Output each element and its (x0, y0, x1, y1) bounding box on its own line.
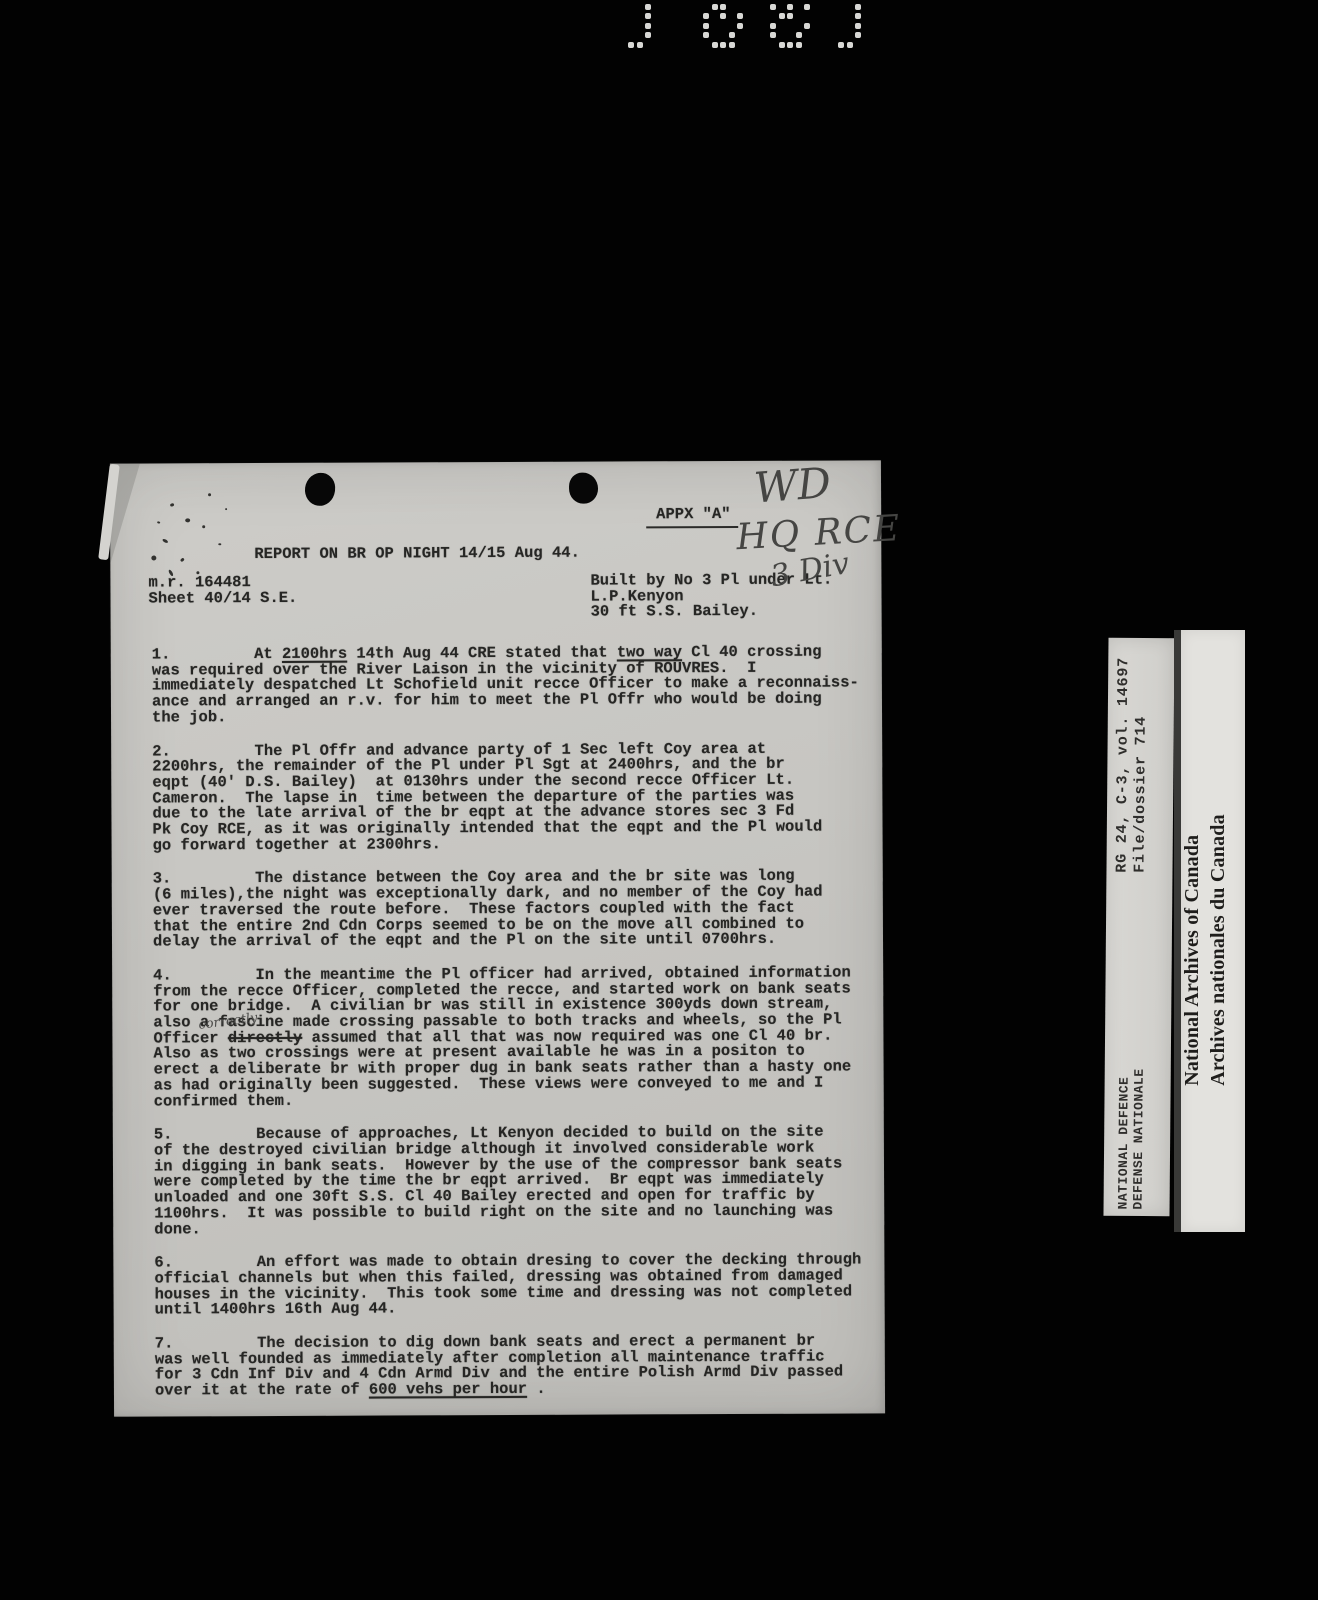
map-reference: m.r. 164481Sheet 40/14 S.E. (148, 575, 297, 607)
handwritten-wd: WD (752, 458, 832, 513)
report-paragraph: 6. An effort was made to obtain dresing … (154, 1253, 882, 1319)
report-document: APPX "A" REPORT ON BR OP NIGHT 14/15 Aug… (110, 460, 885, 1416)
film-counter-digit (770, 4, 816, 52)
film-counter-digit (703, 4, 749, 52)
report-paragraph: 5. Because of approaches, Lt Kenyon deci… (154, 1125, 882, 1238)
archive-reference-strip: RG 24, C-3, vol. 14697File/dossier 714 N… (1103, 638, 1174, 1217)
report-body: 1. At 2100hrs 14th Aug 44 CRE stated tha… (152, 644, 883, 1417)
film-counter-digit (838, 4, 884, 52)
appendix-label: APPX "A" (646, 507, 739, 528)
record-group-label: RG 24, C-3, vol. 14697File/dossier 714 (1113, 657, 1151, 873)
report-paragraph: 4. In the meantime the Pl officer had ar… (153, 965, 882, 1110)
report-paragraph: 2. The Pl Offr and advance party of 1 Se… (152, 741, 880, 854)
punch-hole (569, 473, 598, 504)
report-paragraph: 7. The decision to dig down bank seats a… (155, 1333, 883, 1399)
archives-canada-strip: National Archives of CanadaArchives nati… (1174, 630, 1245, 1232)
punch-hole (303, 471, 337, 508)
film-counter-digit (628, 4, 674, 52)
microfilm-scan: APPX "A" REPORT ON BR OP NIGHT 14/15 Aug… (0, 0, 1318, 1600)
film-frame-counter (0, 0, 1318, 60)
report-paragraph: 3. The distance between the Coy area and… (153, 869, 881, 951)
national-archives-label: National Archives of CanadaArchives nati… (1179, 814, 1231, 1086)
report-paragraph: 1. At 2100hrs 14th Aug 44 CRE stated tha… (152, 644, 880, 726)
report-title: REPORT ON BR OP NIGHT 14/15 Aug 44. (254, 546, 580, 563)
national-defence-label: NATIONAL DEFENCEDEFENSE NATIONALE (1116, 1068, 1147, 1209)
